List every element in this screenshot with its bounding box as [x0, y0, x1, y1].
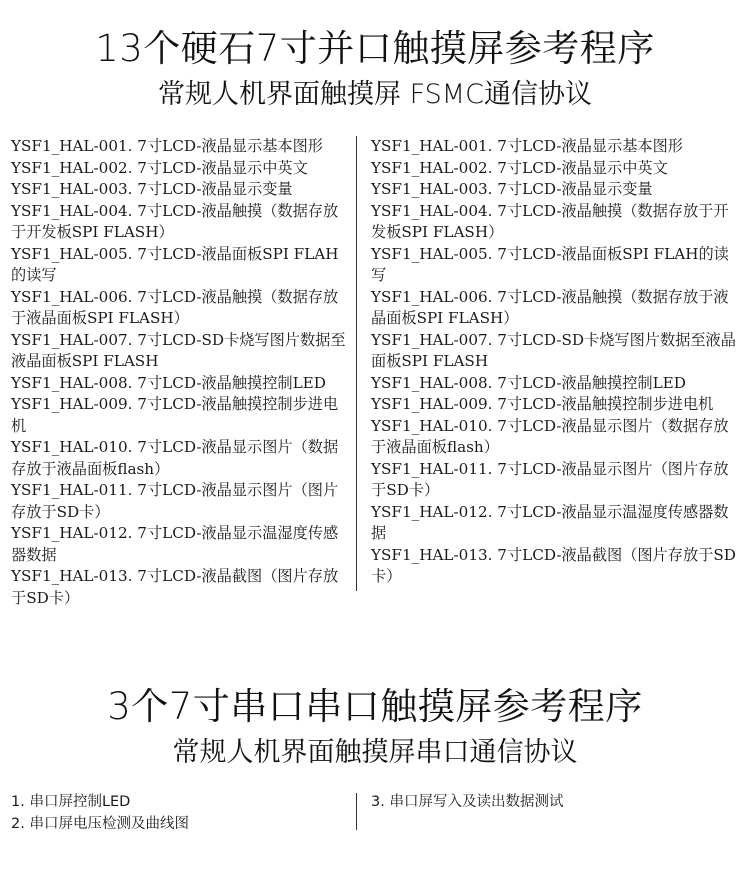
program-item: YSF1_HAL-003. 7寸LCD-液晶显示变量: [11, 179, 349, 201]
fsmc-section-subtitle: 常规人机界面触摸屏 FSMC通信协议: [0, 72, 750, 111]
program-item: YSF1_HAL-006. 7寸LCD-液晶触摸（数据存放于液晶面板SPI FL…: [11, 287, 349, 330]
fsmc-section-title: 13个硬石7寸并口触摸屏参考程序: [0, 18, 750, 72]
program-item: YSF1_HAL-009. 7寸LCD-液晶触摸控制步进电机: [11, 394, 349, 437]
program-item: YSF1_HAL-002. 7寸LCD-液晶显示中英文: [371, 158, 739, 180]
program-item: YSF1_HAL-013. 7寸LCD-液晶截图（图片存放于SD卡）: [371, 545, 739, 588]
program-item: YSF1_HAL-004. 7寸LCD-液晶触摸（数据存放于开发板SPI FLA…: [11, 201, 349, 244]
program-item: YSF1_HAL-003. 7寸LCD-液晶显示变量: [371, 179, 739, 201]
program-item: 2. 串口屏电压检测及曲线图: [11, 814, 189, 836]
program-item: 3. 串口屏写入及读出数据测试: [371, 792, 563, 814]
serial-section-subtitle: 常规人机界面触摸屏串口通信协议: [0, 730, 750, 769]
program-item: YSF1_HAL-008. 7寸LCD-液晶触摸控制LED: [371, 373, 739, 395]
program-item: YSF1_HAL-010. 7寸LCD-液晶显示图片（数据存放于液晶面板flas…: [11, 437, 349, 480]
serial-program-list-right: 3. 串口屏写入及读出数据测试: [371, 792, 563, 814]
program-item: YSF1_HAL-007. 7寸LCD-SD卡烧写图片数据至液晶面板SPI FL…: [11, 330, 349, 373]
program-item: YSF1_HAL-007. 7寸LCD-SD卡烧写图片数据至液晶面板SPI FL…: [371, 330, 739, 373]
program-item: YSF1_HAL-002. 7寸LCD-液晶显示中英文: [11, 158, 349, 180]
serial-program-list-left: 1. 串口屏控制LED 2. 串口屏电压检测及曲线图: [11, 792, 189, 835]
program-item: 1. 串口屏控制LED: [11, 792, 189, 814]
program-item: YSF1_HAL-011. 7寸LCD-液晶显示图片（图片存放于SD卡）: [11, 480, 349, 523]
program-item: YSF1_HAL-004. 7寸LCD-液晶触摸（数据存放于开发板SPI FLA…: [371, 201, 739, 244]
fsmc-program-list-right: YSF1_HAL-001. 7寸LCD-液晶显示基本图形 YSF1_HAL-00…: [371, 136, 739, 588]
program-item: YSF1_HAL-005. 7寸LCD-液晶面板SPI FLAH的读写: [371, 244, 739, 287]
serial-section-title: 3个7寸串口串口触摸屏参考程序: [0, 676, 750, 730]
program-item: YSF1_HAL-009. 7寸LCD-液晶触摸控制步进电机: [371, 394, 739, 416]
program-item: YSF1_HAL-013. 7寸LCD-液晶截图（图片存放于SD卡）: [11, 566, 349, 609]
program-item: YSF1_HAL-001. 7寸LCD-液晶显示基本图形: [371, 136, 739, 158]
program-item: YSF1_HAL-012. 7寸LCD-液晶显示温湿度传感器数据: [11, 523, 349, 566]
program-item: YSF1_HAL-012. 7寸LCD-液晶显示温湿度传感器数据: [371, 502, 739, 545]
program-item: YSF1_HAL-008. 7寸LCD-液晶触摸控制LED: [11, 373, 349, 395]
program-item: YSF1_HAL-001. 7寸LCD-液晶显示基本图形: [11, 136, 349, 158]
program-item: YSF1_HAL-010. 7寸LCD-液晶显示图片（数据存放于液晶面板flas…: [371, 416, 739, 459]
fsmc-program-list-left: YSF1_HAL-001. 7寸LCD-液晶显示基本图形 YSF1_HAL-00…: [11, 136, 349, 609]
program-item: YSF1_HAL-006. 7寸LCD-液晶触摸（数据存放于液晶面板SPI FL…: [371, 287, 739, 330]
program-item: YSF1_HAL-011. 7寸LCD-液晶显示图片（图片存放于SD卡）: [371, 459, 739, 502]
column-divider: [356, 136, 357, 591]
column-divider: [356, 793, 357, 830]
program-item: YSF1_HAL-005. 7寸LCD-液晶面板SPI FLAH的读写: [11, 244, 349, 287]
